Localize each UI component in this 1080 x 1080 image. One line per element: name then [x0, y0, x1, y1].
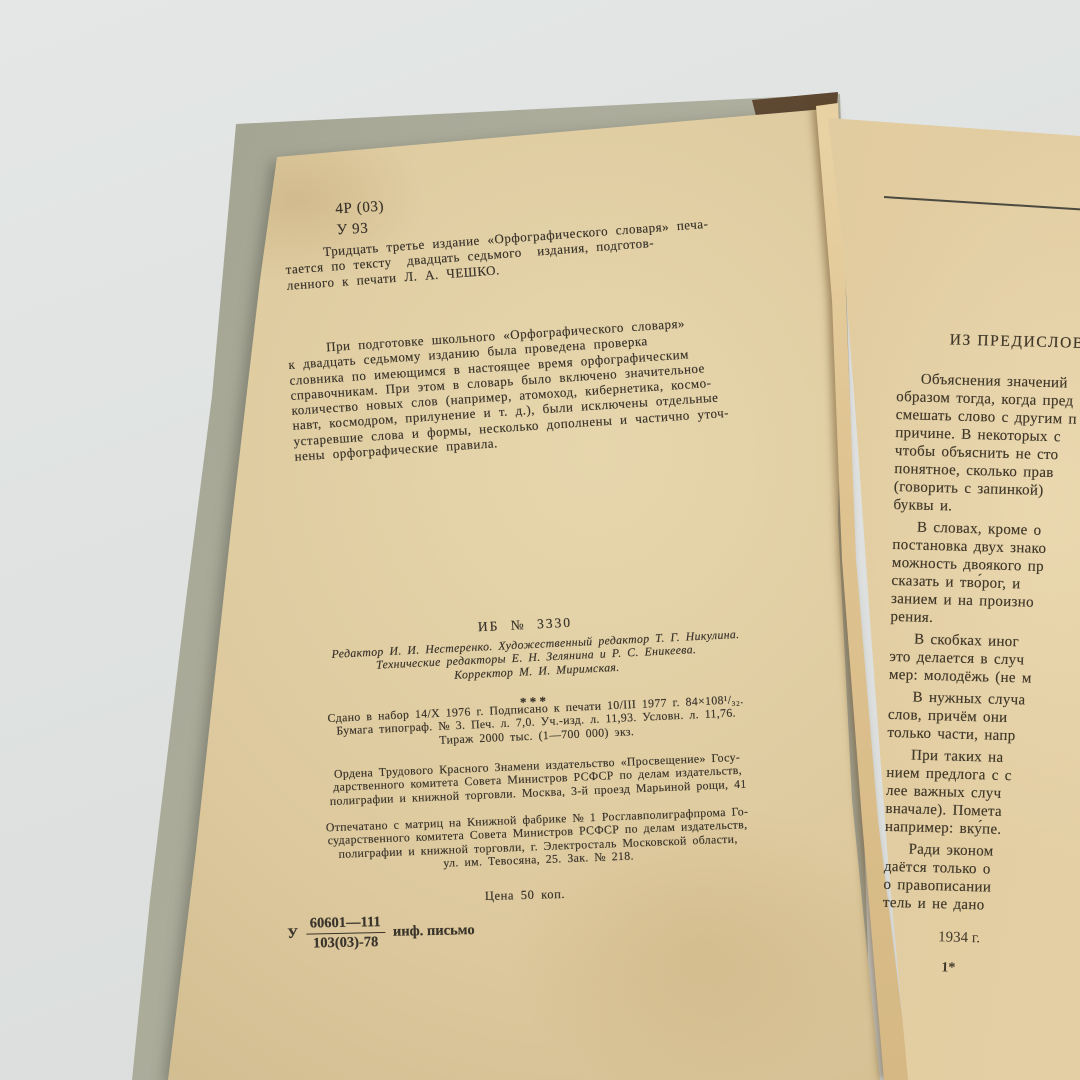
index-numerator: 60601—111	[306, 914, 385, 935]
udc-code: 4Р (03) У 93	[335, 197, 386, 242]
index-fraction: 60601—111 103(03)-78	[306, 914, 386, 953]
preface-paragraph: Объяснения значений образом тогда, когда…	[893, 370, 1080, 521]
index-suffix: инф. письмо	[393, 922, 475, 941]
preface-paragraph: В словах, кроме о постановка двух знако …	[890, 518, 1080, 633]
preface-paragraph: В нужных случа слов, причём они только ч…	[887, 688, 1080, 749]
preface-paragraph: Ради эконом даётся только о о правописан…	[883, 840, 1080, 919]
book-photo: 4Р (03) У 93 Тридцать третье издание «Ор…	[0, 0, 1080, 1080]
preface-paragraph: В скобках иног это делается в случ мер: …	[889, 630, 1080, 691]
index-denominator: 103(03)-78	[306, 933, 385, 953]
catalog-index: У 60601—111 103(03)-78 инф. письмо	[287, 912, 475, 953]
right-page-text: ИЗ ПРЕДИСЛОВИ Объяснения значений образо…	[881, 330, 1080, 982]
preface-heading: ИЗ ПРЕДИСЛОВИ	[950, 331, 1080, 354]
preface-paragraph: При таких на нием предлога с с лее важны…	[885, 746, 1080, 843]
index-prefix: У	[287, 926, 298, 943]
year-note: 1934 г.	[938, 929, 1080, 951]
